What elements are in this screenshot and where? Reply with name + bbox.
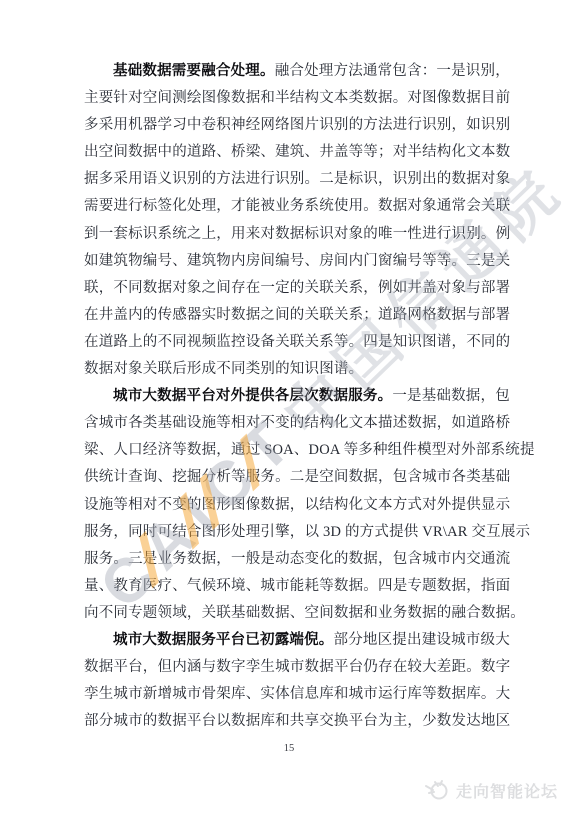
text-line: 联，不同数据对象之间存在一定的关联关系，例如井盖对象与部署 xyxy=(84,275,498,302)
forum-logo-icon xyxy=(423,776,451,804)
text-line: 服务，同时可结合图形处理引擎，以 3D 的方式提供 VR\AR 交互展示 xyxy=(84,519,498,546)
paragraph-text: 部分地区提出建设城市级大 xyxy=(334,632,510,648)
text-line: 出空间数据中的道路、桥梁、建筑、井盖等等；对半结构化文本数 xyxy=(84,139,498,166)
paragraph-lead: 基础数据需要融合处理。 xyxy=(113,63,275,79)
text-line: 数据平台，但内涵与数字孪生城市数据平台仍存在较大差距。数字 xyxy=(84,654,498,681)
text-line: 设施等相对不变的图形图像数据，以结构化文本方式对外提供显示 xyxy=(84,492,498,519)
text-line: 城市大数据平台对外提供各层次数据服务。一是基础数据，包 xyxy=(84,383,498,410)
text-line: 向不同专题领域，关联基础数据、空间数据和业务数据的融合数据。 xyxy=(84,600,498,627)
text-line: 据多采用语义识别的方法进行识别。二是标识，识别出的数据对象 xyxy=(84,166,498,193)
text-line: 到一套标识系统之上，用来对数据标识对象的唯一性进行识别。例 xyxy=(84,221,498,248)
text-line: 在井盖内的传感器实时数据之间的关联关系；道路网格数据与部署 xyxy=(84,302,498,329)
text-line: 供统计查询、挖掘分析等服务。二是空间数据，包含城市各类基础 xyxy=(84,464,498,491)
text-line: 部分城市的数据平台以数据库和共享交换平台为主，少数发达地区 xyxy=(84,708,498,735)
text-line: 需要进行标签化处理，才能被业务系统使用。数据对象通常会关联 xyxy=(84,193,498,220)
text-line: 服务。三是业务数据，一般是动态变化的数据，包含城市内交通流 xyxy=(84,546,498,573)
page-number: 15 xyxy=(0,743,578,754)
text-line: 在道路上的不同视频监控设备关联关系等。四是知识图谱，不同的 xyxy=(84,329,498,356)
text-line: 如建筑物编号、建筑物内房间编号、房间内门窗编号等等。三是关 xyxy=(84,248,498,275)
text-line: 含城市各类基础设施等相对不变的结构化文本描述数据，如道路桥 xyxy=(84,410,498,437)
paragraph-text: 融合处理方法通常包含：一是识别， xyxy=(275,63,510,79)
document-page: 基础数据需要融合处理。融合处理方法通常包含：一是识别， 主要针对空间测绘图像数据… xyxy=(0,0,578,818)
text-line: 城市大数据服务平台已初露端倪。部分地区提出建设城市级大 xyxy=(84,627,498,654)
footer-brand: 走向智能论坛 xyxy=(423,776,558,804)
forum-brand-text: 走向智能论坛 xyxy=(456,779,558,802)
paragraph-lead: 城市大数据服务平台已初露端倪。 xyxy=(113,632,334,648)
document-body: 基础数据需要融合处理。融合处理方法通常包含：一是识别， 主要针对空间测绘图像数据… xyxy=(84,58,498,735)
text-line: 孪生城市新增城市骨架库、实体信息库和城市运行库等数据库。大 xyxy=(84,681,498,708)
text-line: 梁、人口经济等数据，通过 SOA、DOA 等多种组件模型对外部系统提 xyxy=(84,437,498,464)
paragraph-text: 一是基础数据，包 xyxy=(392,388,510,404)
paragraph-lead: 城市大数据平台对外提供各层次数据服务。 xyxy=(113,388,392,404)
text-line: 数据对象关联后形成不同类别的知识图谱。 xyxy=(84,356,498,383)
text-line: 多采用机器学习中卷积神经网络图片识别的方法进行识别，如识别 xyxy=(84,112,498,139)
text-line: 主要针对空间测绘图像数据和半结构文本类数据。对图像数据目前 xyxy=(84,85,498,112)
text-line: 量、教育医疗、气候环境、城市能耗等数据。四是专题数据，指面 xyxy=(84,573,498,600)
text-line: 基础数据需要融合处理。融合处理方法通常包含：一是识别， xyxy=(84,58,498,85)
